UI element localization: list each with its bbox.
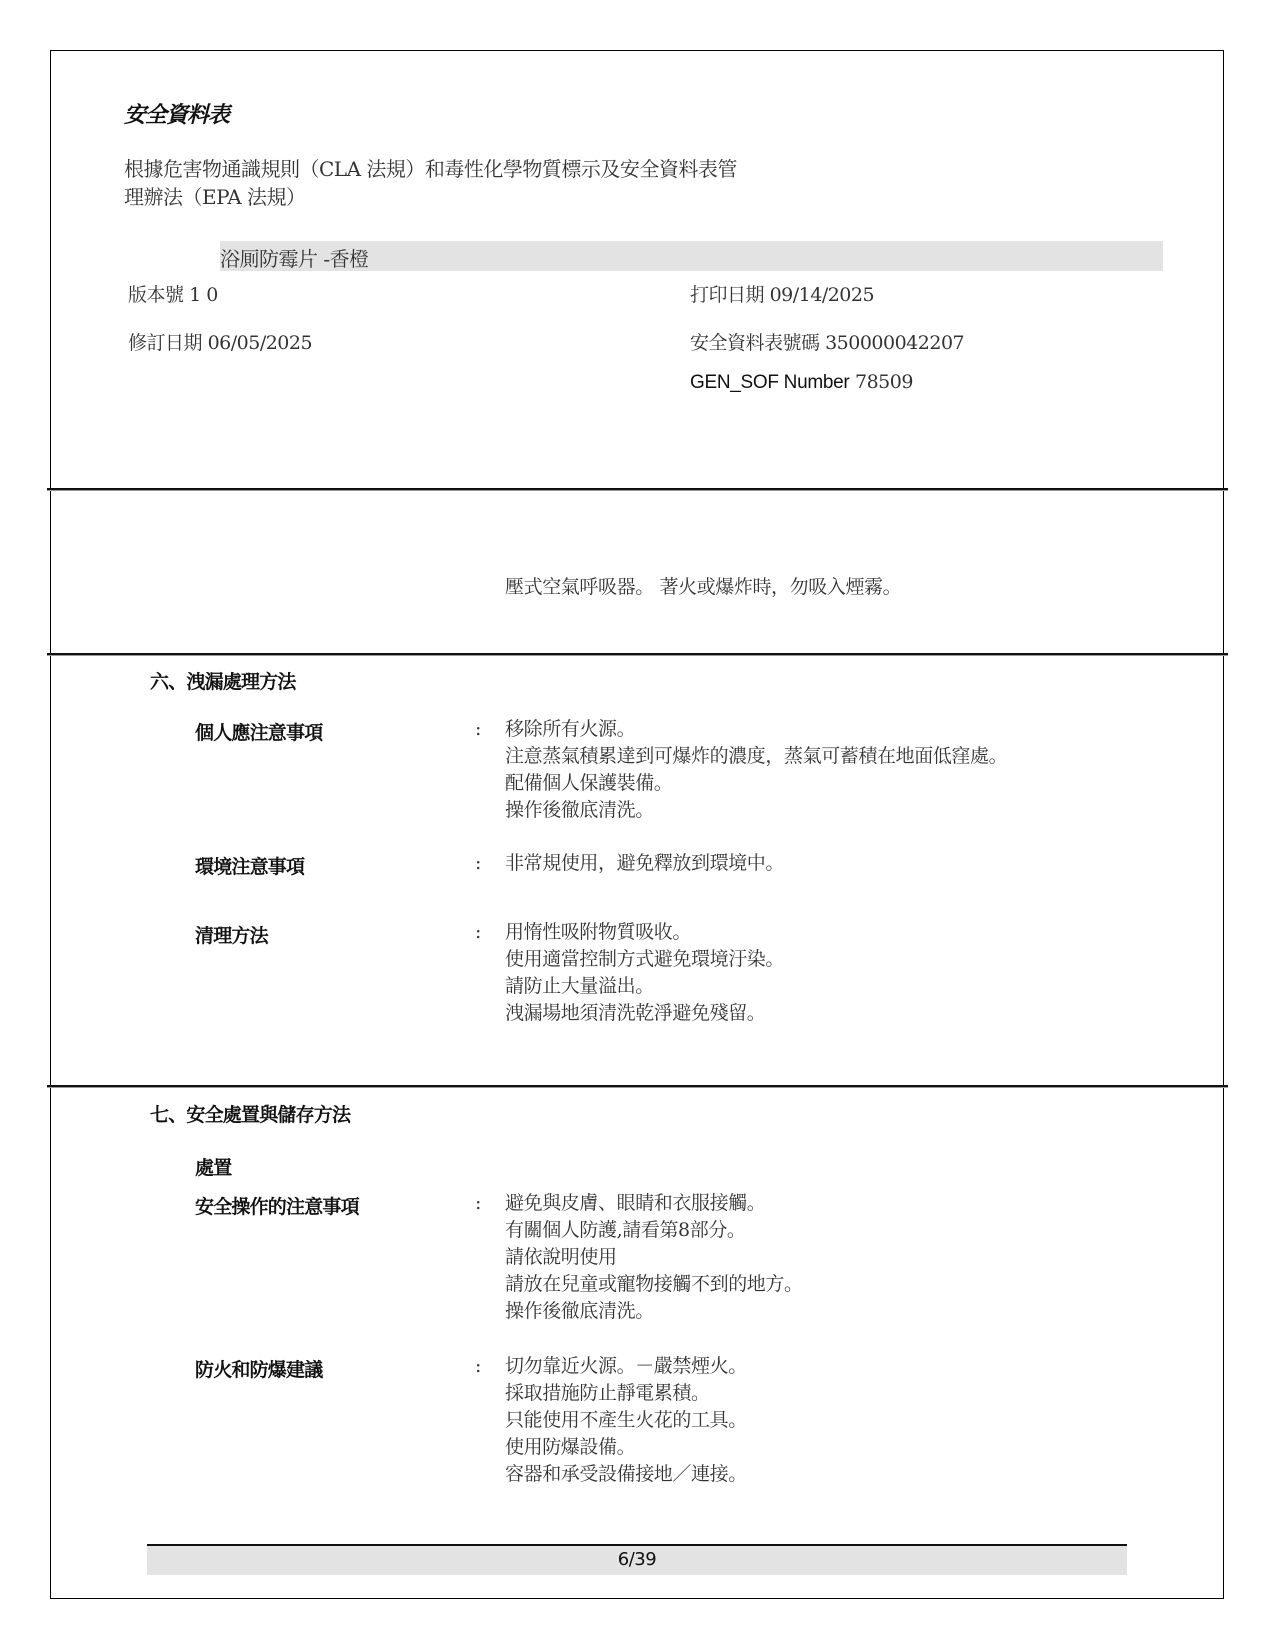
print-date: 打印日期 09/14/2025 bbox=[690, 280, 874, 307]
revision-date: 修訂日期 06/05/2025 bbox=[128, 328, 312, 355]
field-values-personal-precautions: 移除所有火源。 注意蒸氣積累達到可爆炸的濃度，蒸氣可蓄積在地面低窪處。 配備個人… bbox=[505, 716, 1007, 824]
revision-date-value: 06/05/2025 bbox=[208, 332, 313, 354]
value-line: 容器和承受設備接地／連接。 bbox=[505, 1461, 747, 1488]
field-label-cleanup-methods: 清理方法 bbox=[195, 921, 268, 948]
sds-number-value: 350000042207 bbox=[825, 332, 964, 354]
value-line: 配備個人保護裝備。 bbox=[505, 770, 1007, 797]
continuation-text: 壓式空氣呼吸器。 著火或爆炸時，勿吸入煙霧。 bbox=[505, 572, 901, 599]
sds-number: 安全資料表號碼 350000042207 bbox=[690, 328, 964, 355]
field-values-safe-handling: 避免與皮膚、眼睛和衣服接觸。 有關個人防護,請看第8部分。 請依說明使用 請放在… bbox=[505, 1190, 803, 1325]
value-line: 操作後徹底清洗。 bbox=[505, 797, 1007, 824]
field-label-fire-explosion-advice: 防火和防爆建議 bbox=[195, 1355, 322, 1382]
value-line: 採取措施防止靜電累積。 bbox=[505, 1380, 747, 1407]
field-label-environmental-precautions: 環境注意事項 bbox=[195, 852, 304, 879]
field-colon: : bbox=[475, 921, 481, 943]
value-line: 請放在兒童或寵物接觸不到的地方。 bbox=[505, 1271, 803, 1298]
page-number: 6/39 bbox=[618, 1549, 656, 1570]
page-footer: 6/39 bbox=[147, 1544, 1127, 1575]
version-value: 1 0 bbox=[189, 284, 218, 306]
subheading-handling: 處置 bbox=[195, 1153, 231, 1180]
regulation-line-1: 根據危害物通識規則（CLA 法規）和毒性化學物質標示及安全資料表管 bbox=[124, 153, 737, 182]
field-values-environmental-precautions: 非常規使用，避免釋放到環境中。 bbox=[505, 850, 784, 877]
gen-sof-value: 78509 bbox=[855, 371, 913, 393]
section-6-heading: 六、洩漏處理方法 bbox=[150, 667, 296, 694]
value-line: 使用適當控制方式避免環境汙染。 bbox=[505, 946, 784, 973]
field-colon: : bbox=[475, 852, 481, 874]
print-date-value: 09/14/2025 bbox=[770, 284, 875, 306]
section-divider bbox=[47, 653, 1228, 656]
value-line: 移除所有火源。 bbox=[505, 716, 1007, 743]
version-number: 版本號 1 0 bbox=[128, 280, 218, 307]
section-divider bbox=[47, 1085, 1228, 1088]
value-line: 注意蒸氣積累達到可爆炸的濃度，蒸氣可蓄積在地面低窪處。 bbox=[505, 743, 1007, 770]
field-values-fire-explosion-advice: 切勿靠近火源。－嚴禁煙火。 採取措施防止靜電累積。 只能使用不產生火花的工具。 … bbox=[505, 1353, 747, 1488]
value-line: 洩漏場地須清洗乾淨避免殘留。 bbox=[505, 1000, 784, 1027]
value-line: 操作後徹底清洗。 bbox=[505, 1298, 803, 1325]
print-date-label: 打印日期 bbox=[690, 284, 764, 306]
version-label: 版本號 bbox=[128, 284, 184, 306]
value-line: 有關個人防護,請看第8部分。 bbox=[505, 1217, 803, 1244]
value-line: 非常規使用，避免釋放到環境中。 bbox=[505, 850, 784, 877]
value-line: 使用防爆設備。 bbox=[505, 1434, 747, 1461]
document-title: 安全資料表 bbox=[124, 98, 229, 129]
product-name: 浴厠防霉片 -香橙 bbox=[220, 243, 369, 272]
field-label-safe-handling: 安全操作的注意事項 bbox=[195, 1192, 359, 1219]
field-colon: : bbox=[475, 1355, 481, 1377]
sds-number-label: 安全資料表號碼 bbox=[690, 332, 820, 354]
regulation-line-2: 理辦法（EPA 法規） bbox=[124, 181, 306, 210]
value-line: 請依說明使用 bbox=[505, 1244, 803, 1271]
field-colon: : bbox=[475, 718, 481, 740]
product-name-band: 浴厠防霉片 -香橙 bbox=[220, 241, 1163, 271]
revision-date-label: 修訂日期 bbox=[128, 332, 202, 354]
field-values-cleanup-methods: 用惰性吸附物質吸收。 使用適當控制方式避免環境汙染。 請防止大量溢出。 洩漏場地… bbox=[505, 919, 784, 1027]
gen-sof-label: GEN_SOF Number bbox=[690, 372, 849, 393]
section-7-heading: 七、安全處置與儲存方法 bbox=[150, 1100, 350, 1127]
value-line: 切勿靠近火源。－嚴禁煙火。 bbox=[505, 1353, 747, 1380]
field-label-personal-precautions: 個人應注意事項 bbox=[195, 718, 322, 745]
value-line: 請防止大量溢出。 bbox=[505, 973, 784, 1000]
section-divider bbox=[47, 488, 1228, 491]
field-colon: : bbox=[475, 1192, 481, 1214]
value-line: 避免與皮膚、眼睛和衣服接觸。 bbox=[505, 1190, 803, 1217]
gen-sof-number: GEN_SOF Number 78509 bbox=[690, 371, 913, 394]
value-line: 只能使用不產生火花的工具。 bbox=[505, 1407, 747, 1434]
value-line: 用惰性吸附物質吸收。 bbox=[505, 919, 784, 946]
